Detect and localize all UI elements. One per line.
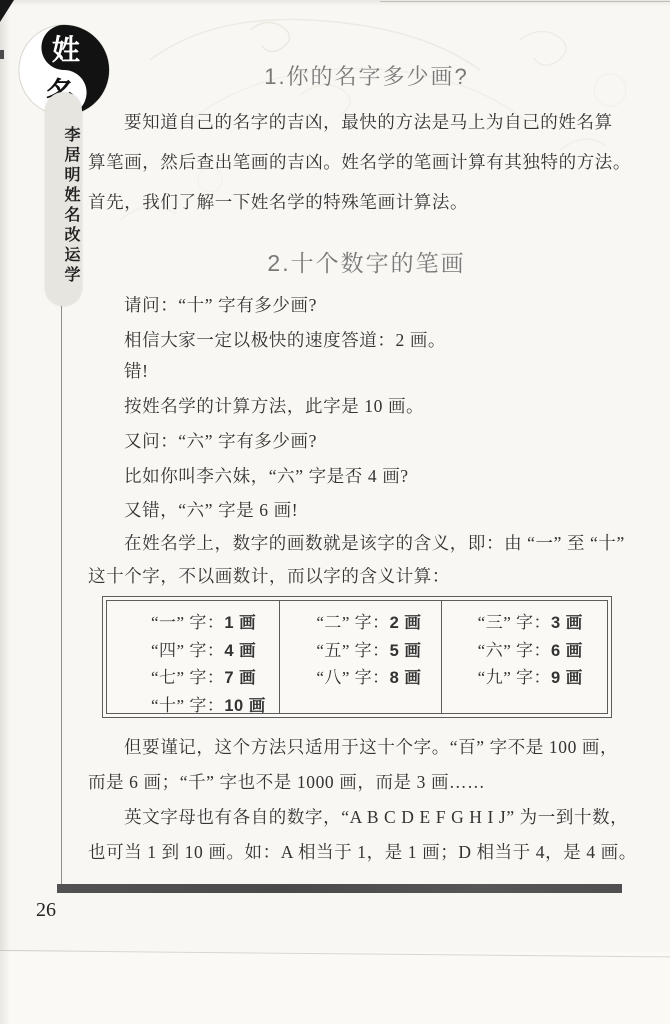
stroke-entry: “三” 字：3 画 [478, 608, 607, 636]
stroke-table-column-3: “三” 字：3 画 “六” 字：6 画 “九” 字：9 画 [442, 601, 607, 713]
page-left-shadow [0, 0, 10, 1024]
stroke-entry: “一” 字：1 画 [151, 608, 279, 636]
text-line: 首先，我们了解一下姓名学的特殊笔画计算法。 [88, 190, 648, 214]
footer-rule [57, 884, 622, 893]
scan-edge-line [380, 1, 670, 2]
logo-char-top: 姓 [52, 34, 81, 67]
stroke-table-column-2: “二” 字：2 画 “五” 字：5 画 “八” 字：8 画 [280, 601, 441, 713]
text-line: 比如你叫李六妹，“六” 字是否 4 画? [88, 464, 670, 488]
stroke-table-column-1: “一” 字：1 画 “四” 字：4 画 “七” 字：7 画 “十” 字：10 画 [107, 601, 280, 713]
scan-speck [0, 50, 4, 59]
chapter-heading-2: 2.十个数字的笔画 [88, 245, 645, 278]
stroke-entry: “四” 字：4 画 [151, 636, 279, 664]
stroke-entry: “九” 字：9 画 [478, 663, 607, 691]
text-line: 算笔画，然后查出笔画的吉凶。姓名学的笔画计算有其独特的方法。 [88, 150, 648, 174]
stroke-entry: “八” 字：8 画 [316, 663, 440, 691]
text-line: 请问：“十” 字有多少画? [88, 293, 670, 317]
stroke-entry: “六” 字：6 画 [478, 636, 607, 664]
stroke-entry: “七” 字：7 画 [151, 663, 279, 691]
text-line: 又问：“六” 字有多少画? [88, 429, 670, 453]
stroke-table: “一” 字：1 画 “四” 字：4 画 “七” 字：7 画 “十” 字：10 画… [102, 596, 612, 718]
text-line: 按姓名学的计算方法，此字是 10 画。 [88, 394, 670, 418]
stroke-table-inner-border: “一” 字：1 画 “四” 字：4 画 “七” 字：7 画 “十” 字：10 画… [106, 600, 608, 714]
series-title: 李居明姓名改运学 [45, 126, 82, 286]
stroke-entry: “二” 字：2 画 [316, 608, 440, 636]
page-bottom-margin [0, 951, 670, 1024]
page-number: 26 [36, 899, 56, 922]
text-line: 在姓名学上，数字的画数就是该字的含义，即：由 “一” 至 “十” [88, 531, 670, 555]
text-line: 也可当 1 到 10 画。如：A 相当于 1，是 1 画；D 相当于 4，是 4… [88, 840, 648, 864]
text-line: 这十个字，不以画数计，而以字的含义计算： [88, 564, 648, 588]
text-line: 但要谨记，这个方法只适用于这十个字。“百” 字不是 100 画， [88, 735, 670, 759]
stroke-entry: “十” 字：10 画 [151, 691, 279, 719]
book-page: 姓 名 李居明姓名改运学 1.你的名字多少画? 要知道自己的名字的吉凶，最快的方… [0, 0, 670, 1024]
chapter-heading-1: 1.你的名字多少画? [88, 60, 645, 91]
sidebar-vertical-rule [61, 306, 62, 884]
text-line: 而是 6 画；“千” 字也不是 1000 画，而是 3 画…… [88, 770, 648, 794]
text-line: 又错，“六” 字是 6 画! [88, 498, 670, 522]
stroke-entry: “五” 字：5 画 [316, 636, 440, 664]
corner-fold-mark [0, 0, 14, 22]
text-line: 错! [88, 359, 670, 383]
text-line: 要知道自己的名字的吉凶，最快的方法是马上为自己的姓名算 [88, 110, 670, 134]
text-line: 英文字母也有各自的数字，“A B C D E F G H I J” 为一到十数， [88, 805, 670, 829]
text-line: 相信大家一定以极快的速度答道：2 画。 [88, 328, 670, 352]
series-title-strip: 李居明姓名改运学 [45, 92, 82, 306]
